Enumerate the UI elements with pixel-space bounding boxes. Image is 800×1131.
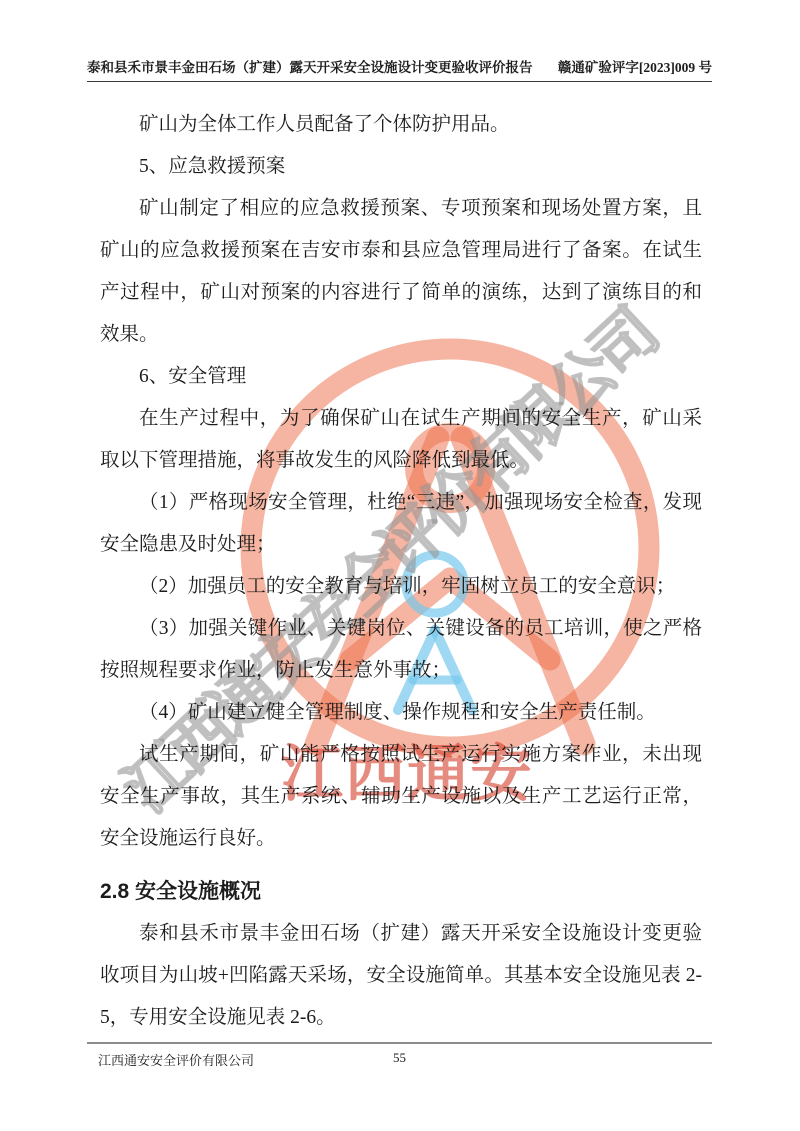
- page-header: 泰和县禾市景丰金田石场（扩建）露天开采安全设施设计变更验收评价报告 赣通矿验评字…: [87, 56, 712, 82]
- document-body: 矿山为全体工作人员配备了个体防护用品。5、应急救援预案矿山制定了相应的应急救援预…: [100, 104, 702, 1039]
- paragraph: 泰和县禾市景丰金田石场（扩建）露天开采安全设施设计变更验收项目为山坡+凹陷露天采…: [100, 913, 702, 1039]
- paragraph: 6、安全管理: [100, 356, 702, 398]
- paragraph: 5、应急救援预案: [100, 146, 702, 188]
- page-footer: 江西通安安全评价有限公司 55: [87, 1042, 712, 1048]
- paragraph: （1）严格现场安全管理，杜绝“三违”，加强现场安全检查，发现安全隐患及时处理；: [100, 482, 702, 566]
- paragraph: （3）加强关键作业、关键岗位、关键设备的员工培训，使之严格按照规程要求作业，防止…: [100, 608, 702, 692]
- header-report-title: 泰和县禾市景丰金田石场（扩建）露天开采安全设施设计变更验收评价报告: [87, 56, 533, 76]
- document-page: 江西通安安全评价有限公司 江西通安 泰和县禾市景丰金田石场（扩建）露天开采安全设…: [0, 0, 800, 1131]
- footer-page-number: 55: [87, 1050, 712, 1066]
- paragraph: 矿山制定了相应的应急救援预案、专项预案和现场处置方案，且矿山的应急救援预案在吉安…: [100, 188, 702, 356]
- paragraph: （2）加强员工的安全教育与培训，牢固树立员工的安全意识；: [100, 566, 702, 608]
- paragraph: 矿山为全体工作人员配备了个体防护用品。: [100, 104, 702, 146]
- header-doc-number: 赣通矿验评字[2023]009 号: [558, 56, 712, 76]
- paragraph: 试生产期间，矿山能严格按照试生产运行实施方案作业，未出现安全生产事故，其生产系统…: [100, 734, 702, 860]
- paragraph: （4）矿山建立健全管理制度、操作规程和安全生产责任制。: [100, 692, 702, 734]
- paragraph: 在生产过程中，为了确保矿山在试生产期间的安全生产，矿山采取以下管理措施，将事故发…: [100, 398, 702, 482]
- section-heading: 2.8 安全设施概况: [100, 871, 702, 913]
